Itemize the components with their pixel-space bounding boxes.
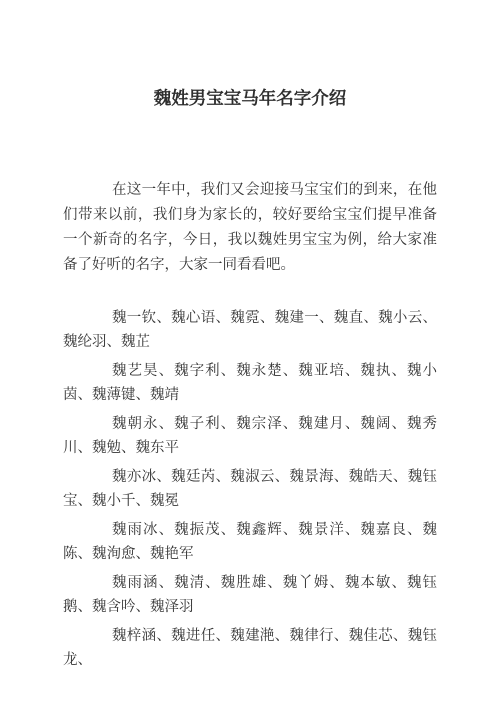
name-list-paragraph-3: 魏朝永、魏子利、魏宗泽、魏建月、魏阔、魏秀川、魏勉、魏东平	[63, 412, 437, 460]
name-list-paragraph-4: 魏亦冰、魏廷芮、魏淑云、魏景海、魏皓天、魏钰宝、魏小千、魏冕	[63, 465, 437, 513]
name-list-paragraph-1: 魏一钦、魏心语、魏霓、魏建一、魏直、魏小云、魏纶羽、魏芷	[63, 306, 437, 354]
name-list-paragraph-6: 魏雨涵、魏清、魏胜雄、魏丫姆、魏本敏、魏钰鹅、魏含吟、魏泽羽	[63, 571, 437, 619]
intro-paragraph: 在这一年中，我们又会迎接马宝宝们的到来，在他们带来以前，我们身为家长的，较好要给…	[63, 178, 437, 278]
name-list-paragraph-7: 魏梓涵、魏进任、魏建滟、魏律行、魏佳芯、魏钰龙、	[63, 624, 437, 672]
document-page: 魏姓男宝宝马年名字介绍 在这一年中，我们又会迎接马宝宝们的到来，在他们带来以前，…	[0, 0, 500, 708]
name-list-paragraph-5: 魏雨冰、魏振茂、魏鑫辉、魏景洋、魏嘉良、魏陈、魏洵愈、魏艳军	[63, 518, 437, 566]
document-title: 魏姓男宝宝马年名字介绍	[63, 86, 437, 110]
name-list-paragraph-2: 魏艺昊、魏字利、魏永楚、魏亚培、魏执、魏小茵、魏薄键、魏靖	[63, 359, 437, 407]
